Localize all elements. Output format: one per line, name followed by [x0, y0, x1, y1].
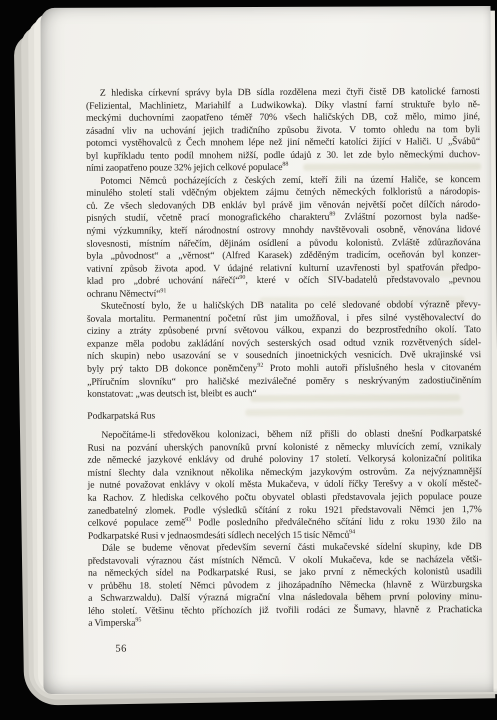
text-run: Zvláštní pozornost byla nadše-: [335, 212, 480, 224]
text-run: ka Rachov. Z hlediska celkového počtu ob…: [88, 491, 482, 504]
text-run: celkové populace země: [88, 517, 186, 528]
text-block: Z hlediska církevní správy byla DB sídla…: [86, 86, 482, 631]
text-run: klad pro „dobré uchování nářečí“: [87, 275, 240, 287]
text-run: Skutečností bylo, že u haličských DB nat…: [101, 299, 481, 312]
footnote-marker: 88: [282, 162, 288, 168]
text-run: ců. Ze všech sledovaných DB enkláv byl p…: [86, 199, 480, 212]
text-run: nými výzkumníky, kteří národnostní ostro…: [86, 224, 480, 237]
text-run: představovali výraznou část místních Něm…: [88, 554, 482, 567]
text-line: Podkarpatská Rus: [87, 409, 481, 423]
text-run: ciziny a ztráty způsobené první světovou…: [87, 324, 481, 337]
section-heading: Podkarpatská Rus: [87, 409, 481, 423]
text-run: minulého století stali vděčným objektem …: [86, 186, 480, 199]
text-run: zanedbatelný zlomek. Podle výsledků sčít…: [88, 504, 482, 517]
text-line: konstatovat: „was deutsch ist, bleibt es…: [87, 387, 481, 401]
paragraph: Potomci Němců pocházejících z českých ze…: [86, 174, 481, 301]
text-run: Podkarpatská Rus: [87, 410, 155, 421]
text-line: celkové populace země93 Podle posledního…: [88, 516, 482, 530]
paragraph: Skutečností bylo, že u haličských DB nat…: [87, 299, 481, 401]
text-run: byly prý takto DB dokonce poněmčeny: [87, 363, 257, 375]
text-run: Podle posledního předválečného sčítání l…: [191, 516, 482, 528]
text-run: ních skupin) nebo usazování se v sousedn…: [87, 350, 481, 363]
text-run: místní šlechty dala vzniknout několika n…: [88, 466, 482, 479]
text-run: byla „původnost“ a „věrnost“ (Alfred Kar…: [87, 249, 481, 262]
paragraph: Z hlediska církevní správy byla DB sídla…: [86, 86, 480, 176]
text-run: zde německé jazykové enklávy od druhé po…: [87, 453, 481, 466]
footnote-marker: 91: [160, 288, 166, 294]
text-run: ními zaopatřeno pouze 32% jejich celkové…: [86, 162, 282, 174]
text-run: pisných studií, včetně prací monografick…: [86, 212, 329, 224]
text-run: „Příručním slovníku“ pro haličské mezivá…: [87, 375, 481, 388]
text-run: je nutné považovat enklávy v okolí města…: [88, 478, 482, 491]
text-run: a Vimperska: [88, 618, 135, 629]
text-run: ochranu Němectví“: [87, 288, 161, 299]
text-line: a Vimperska95: [88, 616, 482, 630]
text-run: Podkarpatské Rusi v jednaosmdesáti sídle…: [88, 529, 349, 541]
text-line: byl kupříkladu tento podíl mnohem nižší,…: [86, 149, 480, 163]
page-number: 56: [115, 644, 127, 655]
text-run: lého století. Většinu těchto příchozích …: [88, 604, 482, 617]
text-run: zásadní vliv na uchování jejich tradiční…: [86, 124, 480, 137]
text-run: Nepočítáme-li středověkou kolonizaci, bě…: [101, 428, 481, 441]
scanned-book-photo: Z hlediska církevní správy byla DB sídla…: [0, 0, 497, 720]
text-run: a Schwarzwaldu). Další výrazná migrační …: [88, 591, 482, 604]
text-run: Potomci Němců pocházejících z českých ze…: [100, 174, 480, 187]
text-run: (Feliziental, Machlinietz, Mariahilf a L…: [86, 99, 480, 112]
text-run: slovesnosti, místním nářečím, dějinám os…: [87, 237, 481, 250]
text-run: Dále se budeme věnovat především severní…: [102, 541, 482, 554]
text-run: na německých sídel na Podkarpatské Rusi,…: [88, 566, 482, 579]
paragraph: Dále se budeme věnovat především severní…: [88, 541, 482, 631]
text-run: vativní způsob života apod. V údajné rel…: [87, 262, 481, 275]
text-run: expanze měla podobu zakládání nových ses…: [87, 337, 481, 350]
text-run: potomci vystěhovalců z Čech mnohem lépe …: [86, 136, 480, 149]
text-run: šovala mortalitu. Permanentní početní rů…: [87, 312, 481, 325]
text-line: „Příručním slovníku“ pro haličské mezivá…: [87, 375, 481, 389]
text-run: Z hlediska církevní správy byla DB sídla…: [100, 86, 480, 99]
book-page: Z hlediska církevní správy byla DB sídla…: [41, 6, 494, 694]
footnote-marker: 94: [349, 529, 355, 535]
text-run: v průběhu 18. století Němci původem z ji…: [88, 579, 482, 592]
text-run: Rusi na pozvání uherských panovníků prvn…: [87, 441, 481, 454]
text-run: Proto mohli autoři příslušného hesla v c…: [263, 362, 481, 374]
text-line: klad pro „dobré uchování nářečí“90, kter…: [87, 274, 481, 288]
text-run: meckými duchovními zaopatřeno téměř 70% …: [86, 111, 480, 124]
paragraph: Nepočítáme-li středověkou kolonizaci, bě…: [87, 428, 481, 543]
text-run: byl kupříkladu tento podíl mnohem nižší,…: [86, 149, 480, 162]
footnote-marker: 95: [135, 618, 141, 624]
text-run: , které v očích SIV-badatelů představova…: [245, 274, 480, 286]
text-run: konstatovat: „was deutsch ist, bleibt es…: [87, 388, 256, 400]
text-line: lého století. Většinu těchto příchozích …: [88, 604, 482, 618]
